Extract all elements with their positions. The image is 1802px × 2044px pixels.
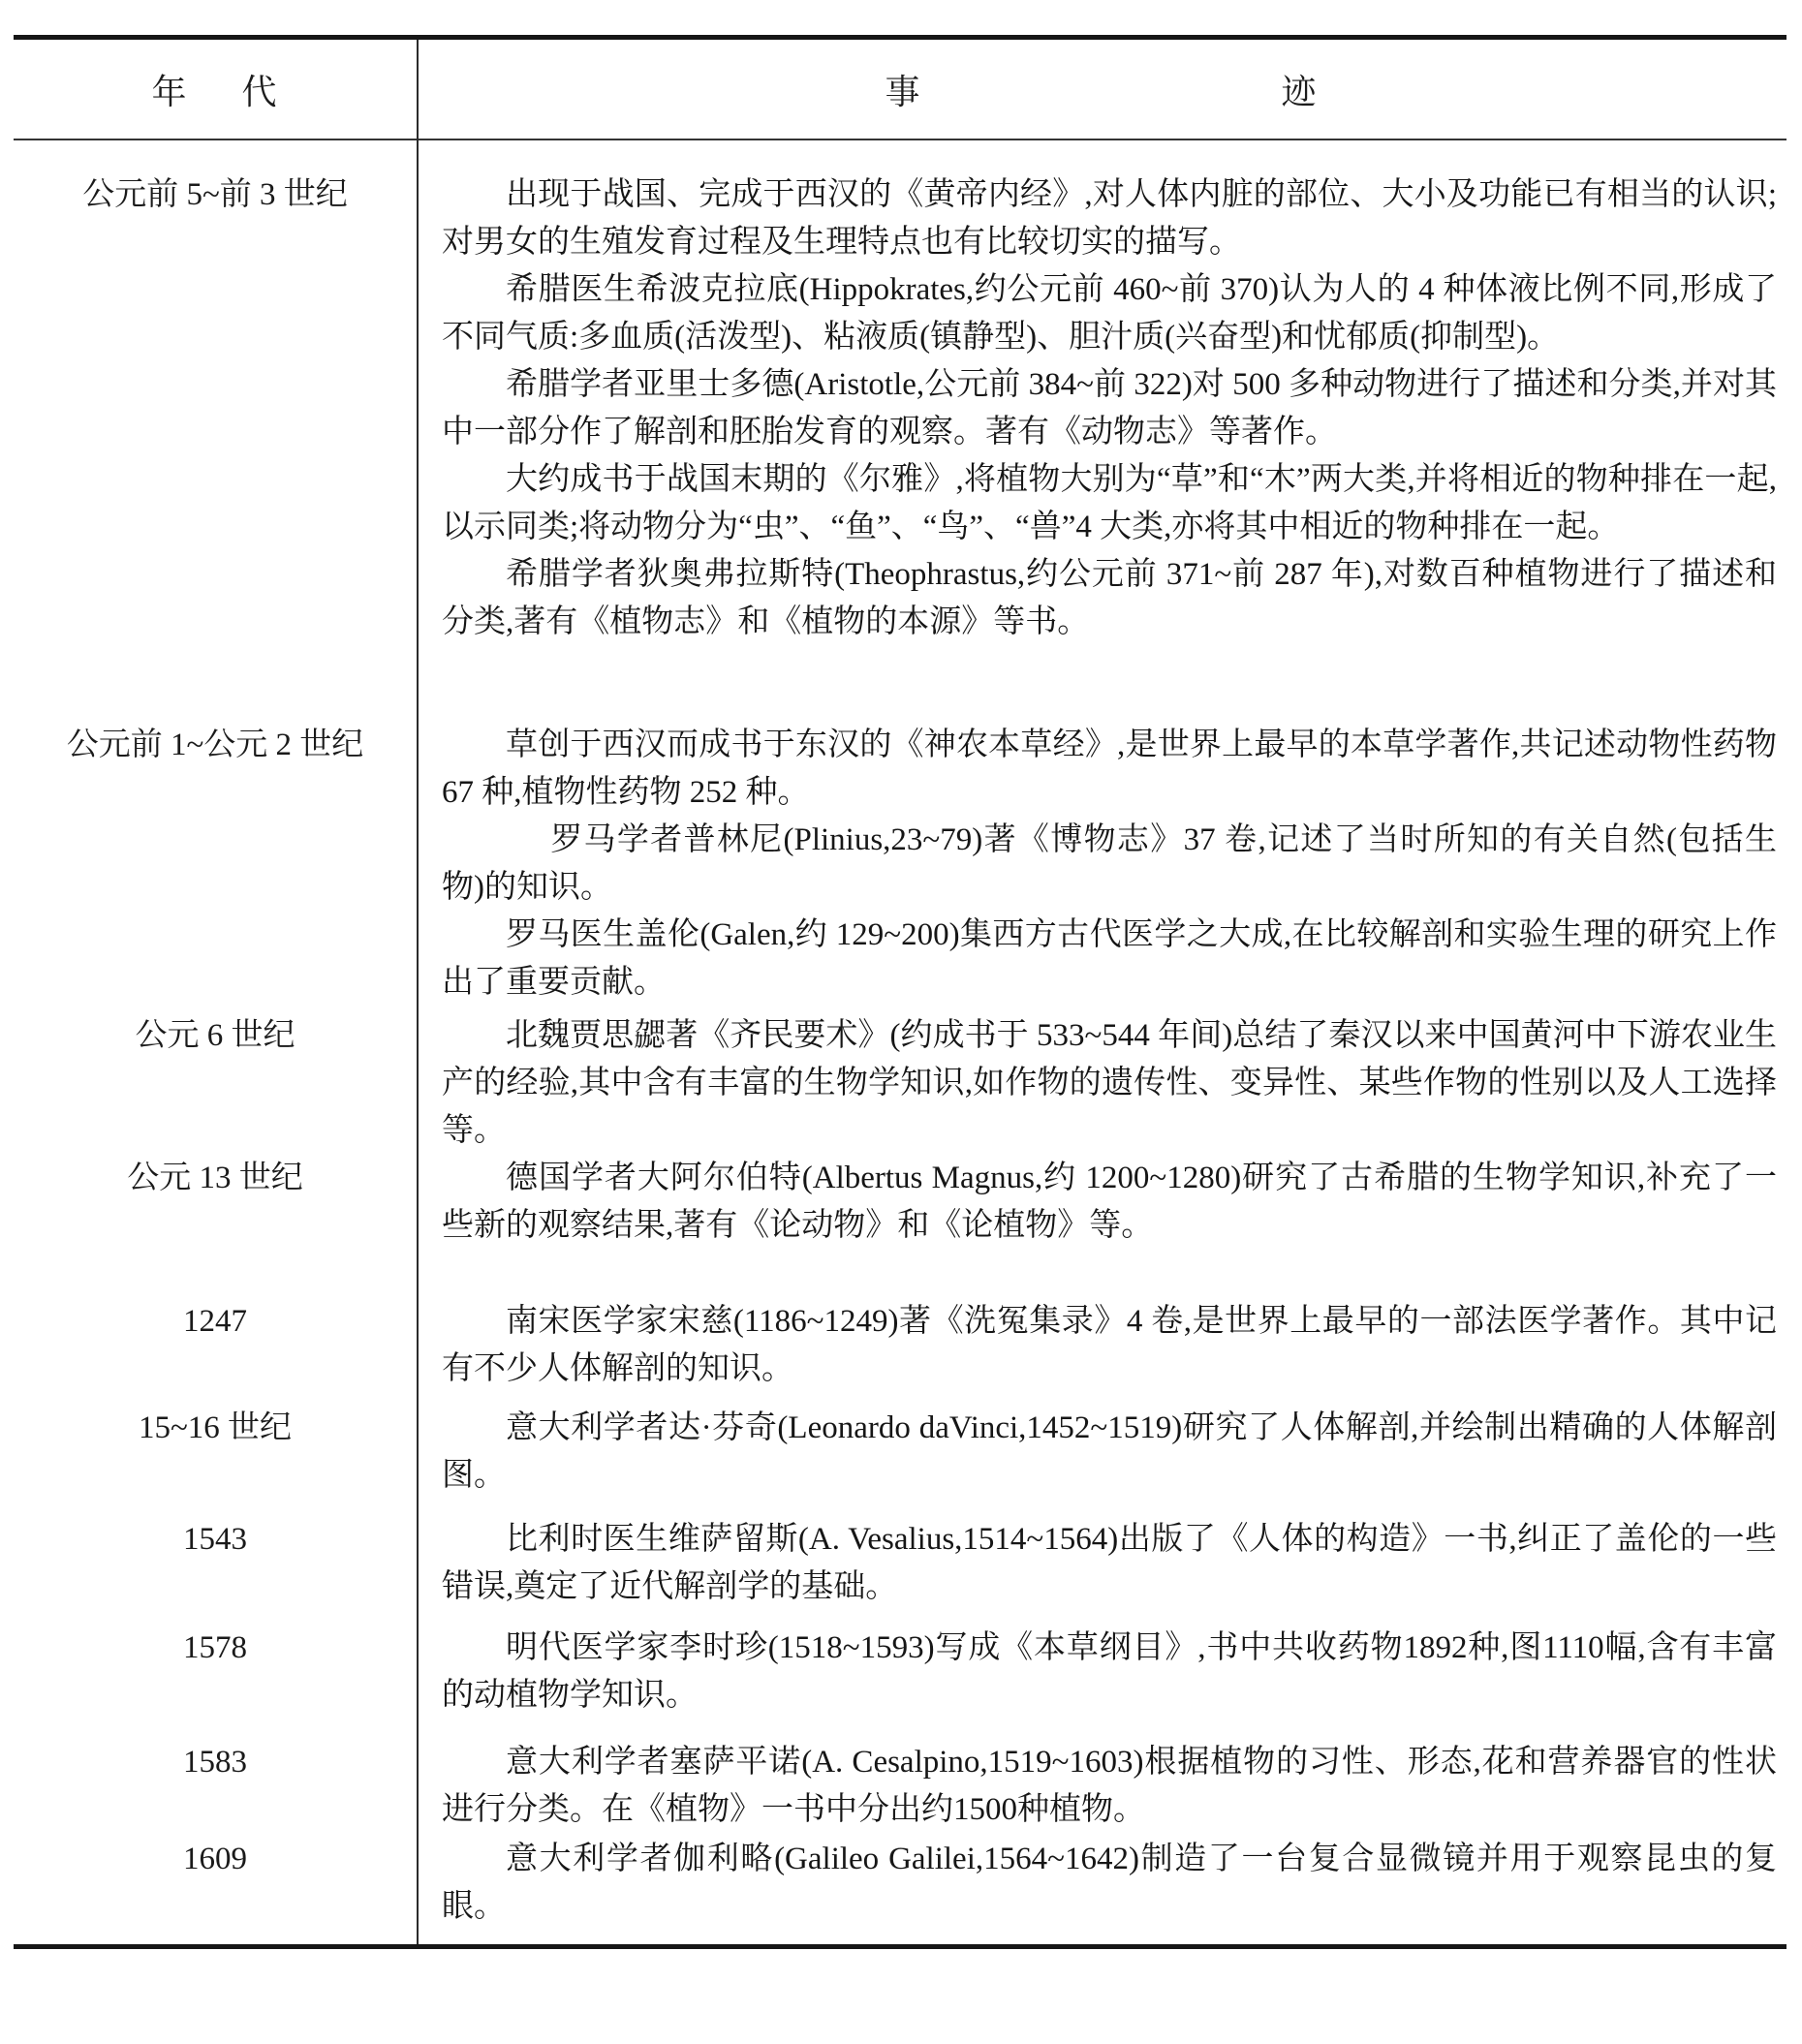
chronology-table: 年 代 事 迹 公元前 5~前 3 世纪 出现于战国、完成于西汉的《黄帝内经》,… (14, 35, 1786, 1949)
event-paragraph: 意大利学者伽利略(Galileo Galilei,1564~1642)制造了一台… (442, 1836, 1777, 1931)
event-paragraph: 明代医学家李时珍(1518~1593)写成《本草纲目》,书中共收药物1892种,… (442, 1625, 1777, 1719)
event-paragraph: 草创于西汉而成书于东汉的《神农本草经》,是世界上最早的本草学著作,共记述动物性药… (442, 722, 1777, 817)
row-events: 意大利学者伽利略(Galileo Galilei,1564~1642)制造了一台… (417, 1836, 1786, 1931)
event-paragraph: 意大利学者塞萨平诺(A. Cesalpino,1519~1603)根据植物的习性… (442, 1739, 1777, 1834)
row-events: 意大利学者塞萨平诺(A. Cesalpino,1519~1603)根据植物的习性… (417, 1739, 1786, 1834)
header-date-column: 年 代 (14, 65, 417, 114)
table-row: 公元 6 世纪 北魏贾思勰著《齐民要术》(约成书于 533~544 年间)总结了… (14, 1012, 1786, 1155)
table-row: 公元前 1~公元 2 世纪 草创于西汉而成书于东汉的《神农本草经》,是世界上最早… (14, 722, 1786, 1007)
table-row: 15~16 世纪 意大利学者达·芬奇(Leonardo daVinci,1452… (14, 1405, 1786, 1500)
row-date: 1609 (14, 1836, 417, 1883)
table-row: 1578 明代医学家李时珍(1518~1593)写成《本草纲目》,书中共收药物1… (14, 1625, 1786, 1719)
row-date: 1543 (14, 1516, 417, 1564)
row-events: 比利时医生维萨留斯(A. Vesalius,1514~1564)出版了《人体的构… (417, 1516, 1786, 1611)
event-paragraph: 德国学者大阿尔伯特(Albertus Magnus,约 1200~1280)研究… (442, 1155, 1777, 1250)
row-date: 1578 (14, 1625, 417, 1672)
event-paragraph: 出现于战国、完成于西汉的《黄帝内经》,对人体内脏的部位、大小及功能已有相当的认识… (442, 171, 1777, 266)
event-paragraph: 北魏贾思勰著《齐民要术》(约成书于 533~544 年间)总结了秦汉以来中国黄河… (442, 1012, 1777, 1155)
row-events: 意大利学者达·芬奇(Leonardo daVinci,1452~1519)研究了… (417, 1405, 1786, 1500)
event-paragraph: 南宋医学家宋慈(1186~1249)著《洗冤集录》4 卷,是世界上最早的一部法医… (442, 1298, 1777, 1393)
event-paragraph: 希腊学者亚里士多德(Aristotle,公元前 384~前 322)对 500 … (442, 361, 1777, 456)
row-date: 公元 13 世纪 (14, 1155, 417, 1202)
table-row: 1247 南宋医学家宋慈(1186~1249)著《洗冤集录》4 卷,是世界上最早… (14, 1298, 1786, 1393)
row-events: 德国学者大阿尔伯特(Albertus Magnus,约 1200~1280)研究… (417, 1155, 1786, 1250)
table-row: 1609 意大利学者伽利略(Galileo Galilei,1564~1642)… (14, 1836, 1786, 1931)
row-events: 出现于战国、完成于西汉的《黄帝内经》,对人体内脏的部位、大小及功能已有相当的认识… (417, 171, 1786, 646)
row-date: 公元 6 世纪 (14, 1012, 417, 1060)
event-paragraph: 大约成书于战国末期的《尔雅》,将植物大别为“草”和“木”两大类,并将相近的物种排… (442, 456, 1777, 551)
row-date: 公元前 5~前 3 世纪 (14, 171, 417, 219)
row-events: 南宋医学家宋慈(1186~1249)著《洗冤集录》4 卷,是世界上最早的一部法医… (417, 1298, 1786, 1393)
row-events: 草创于西汉而成书于东汉的《神农本草经》,是世界上最早的本草学著作,共记述动物性药… (417, 722, 1786, 1007)
event-paragraph: 罗马学者普林尼(Plinius,23~79)著《博物志》37 卷,记述了当时所知… (442, 817, 1777, 912)
row-events: 明代医学家李时珍(1518~1593)写成《本草纲目》,书中共收药物1892种,… (417, 1625, 1786, 1719)
event-paragraph: 比利时医生维萨留斯(A. Vesalius,1514~1564)出版了《人体的构… (442, 1516, 1777, 1611)
event-paragraph: 罗马医生盖伦(Galen,约 129~200)集西方古代医学之大成,在比较解剖和… (442, 912, 1777, 1007)
event-paragraph: 希腊医生希波克拉底(Hippokrates,约公元前 460~前 370)认为人… (442, 266, 1777, 361)
event-paragraph: 意大利学者达·芬奇(Leonardo daVinci,1452~1519)研究了… (442, 1405, 1777, 1500)
table-row: 1543 比利时医生维萨留斯(A. Vesalius,1514~1564)出版了… (14, 1516, 1786, 1611)
scanned-book-page: 年 代 事 迹 公元前 5~前 3 世纪 出现于战国、完成于西汉的《黄帝内经》,… (0, 0, 1802, 2044)
row-date: 1247 (14, 1298, 417, 1346)
row-date: 公元前 1~公元 2 世纪 (14, 722, 417, 769)
table-row: 公元 13 世纪 德国学者大阿尔伯特(Albertus Magnus,约 120… (14, 1155, 1786, 1250)
table-body: 公元前 5~前 3 世纪 出现于战国、完成于西汉的《黄帝内经》,对人体内脏的部位… (14, 140, 1786, 1944)
row-date: 1583 (14, 1739, 417, 1786)
header-event-column: 事 迹 (417, 65, 1786, 114)
event-paragraph: 希腊学者狄奥弗拉斯特(Theophrastus,约公元前 371~前 287 年… (442, 551, 1777, 646)
table-header: 年 代 事 迹 (14, 40, 1786, 140)
column-divider-rule (417, 40, 419, 1944)
table-row: 1583 意大利学者塞萨平诺(A. Cesalpino,1519~1603)根据… (14, 1739, 1786, 1834)
table-row: 公元前 5~前 3 世纪 出现于战国、完成于西汉的《黄帝内经》,对人体内脏的部位… (14, 171, 1786, 646)
row-events: 北魏贾思勰著《齐民要术》(约成书于 533~544 年间)总结了秦汉以来中国黄河… (417, 1012, 1786, 1155)
row-date: 15~16 世纪 (14, 1405, 417, 1452)
